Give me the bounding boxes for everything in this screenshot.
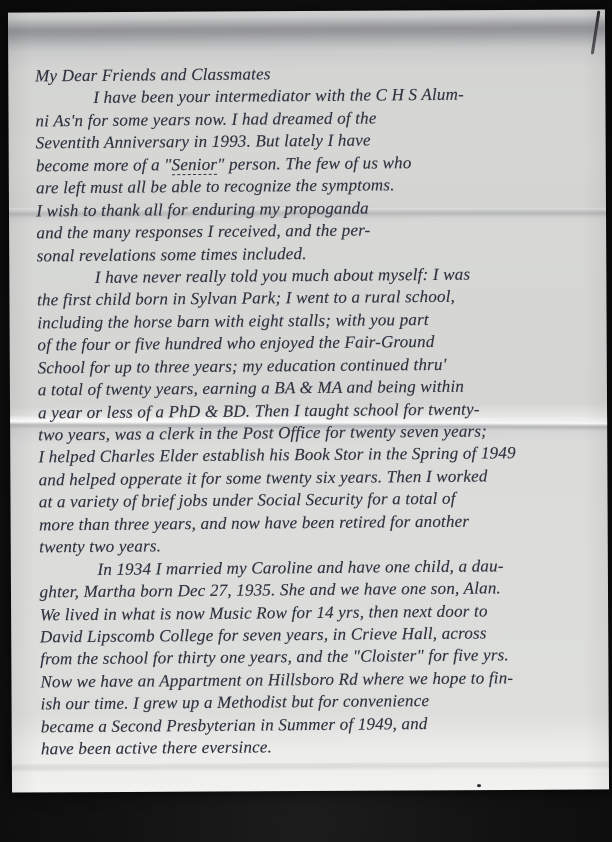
scan-background: My Dear Friends and ClassmatesI have bee… xyxy=(0,0,612,842)
letter-lines: My Dear Friends and ClassmatesI have bee… xyxy=(35,60,604,760)
fold-shadow-bottom xyxy=(12,761,609,772)
ink-dot xyxy=(477,784,481,787)
letter-line: have been active there eversince. xyxy=(41,734,604,761)
fold-shadow-top xyxy=(8,15,605,52)
underlined-word: Senior xyxy=(172,155,218,176)
letter-paper: My Dear Friends and ClassmatesI have bee… xyxy=(8,9,609,792)
